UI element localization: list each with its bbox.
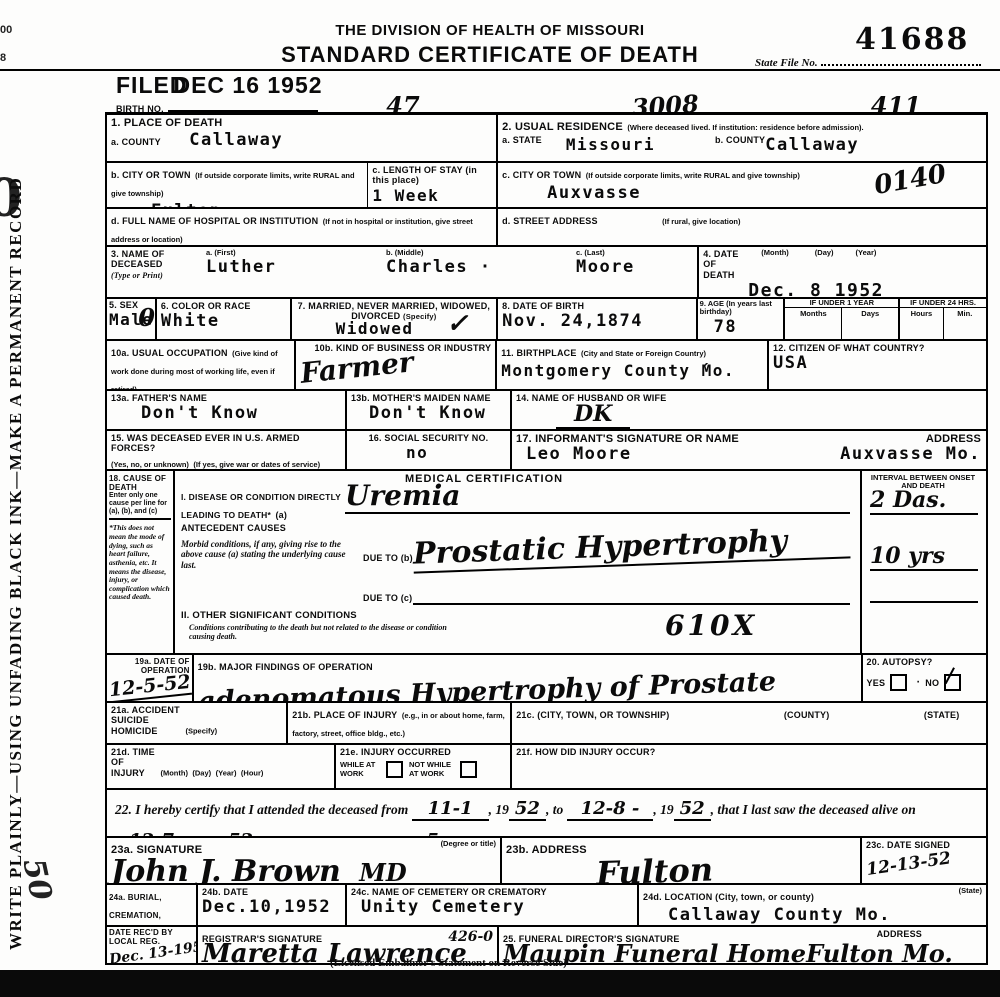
field-occupation: 10a. USUAL OCCUPATION (Give kind of work…: [107, 341, 296, 389]
attended-from-year: 52: [509, 798, 546, 821]
residence-county-value: Callaway: [765, 135, 859, 155]
age-value: 78: [714, 317, 782, 337]
death-certificate: 00 8 0 WRITE PLAINLY—USING UNFADING BLAC…: [0, 0, 1000, 997]
date-of-operation-value: 12-5-52: [108, 671, 192, 701]
field-injury-occurred: 21e. INJURY OCCURRED WHILE AT WORK NOT W…: [336, 745, 512, 788]
reverse-side-note: (Licensed Embalmer's Statement on Revers…: [330, 957, 567, 969]
cemetery-location-value: Callaway County Mo.: [668, 905, 982, 925]
marital-mark: ✓: [446, 309, 468, 339]
field-cemetery-name: 24c. NAME OF CEMETERY OR CREMATORY Unity…: [347, 885, 639, 925]
field-place-of-death-county: 1. PLACE OF DEATH a. COUNTY Callaway: [107, 115, 498, 161]
attended-to-year: 52: [674, 798, 711, 821]
field-interval-onset-death: INTERVAL BETWEEN ONSET AND DEATH 2 Das. …: [862, 471, 986, 653]
birthplace-value: Montgomery County ́Mo.: [501, 361, 763, 380]
place-of-death-heading: 1. PLACE OF DEATH: [111, 117, 492, 130]
field-burial-type: 24a. BURIAL, CREMATION, REMOVAL (Specify…: [107, 885, 198, 925]
certificate-form: 1. PLACE OF DEATH a. COUNTY Callaway 2. …: [105, 112, 988, 965]
field-sex: 5. SEX Male 0: [107, 299, 157, 339]
edge-fragment-top: 00: [0, 24, 12, 36]
field-medical-certification: MEDICAL CERTIFICATION I. DISEASE OR COND…: [175, 471, 862, 653]
field-spouse-name: 14. NAME OF HUSBAND OR WIFE DK: [512, 391, 985, 429]
physician-degree-value: MD: [359, 858, 406, 883]
field-date-of-birth: 8. DATE OF BIRTH Nov. 24,1874: [498, 299, 698, 339]
other-conditions-value: 610X: [665, 609, 757, 642]
field-race: 6. COLOR OR RACE White: [157, 299, 292, 339]
usual-residence-heading: 2. USUAL RESIDENCE: [502, 121, 623, 133]
physician-signature-value: John J. Brown: [111, 854, 341, 883]
field-marital-status: 7. MARRIED, NEVER MARRIED, WIDOWED, DIVO…: [292, 299, 499, 339]
antecedent-causes-label: ANTECEDENT CAUSES: [181, 523, 286, 533]
header-divider-line: [0, 69, 1000, 71]
state-file-label: State File No.: [755, 57, 818, 69]
field-burial-date: 24b. DATE Dec.10,1952: [198, 885, 347, 925]
last-name-value: Moore: [576, 257, 635, 277]
margin-instruction-text: WRITE PLAINLY—USING UNFADING BLACK INK—M…: [6, 118, 26, 950]
filed-stamp: FILEDDEC 16 1952: [116, 72, 323, 99]
interval-b-value: 10 yrs: [870, 543, 978, 571]
date-of-death-value: Dec. 8 1952: [748, 280, 982, 297]
field-major-findings: 19b. MAJOR FINDINGS OF OPERATION adenoma…: [194, 655, 863, 701]
field-date-of-operation: 19a. DATE OF OPERATION 12-5-52: [107, 655, 194, 701]
ssn-value: no: [406, 443, 506, 462]
field-age-under-1-year: IF UNDER 1 YEAR Months Days: [785, 299, 900, 339]
residence-state-value: Missouri: [566, 135, 655, 155]
last-seen-alive-year: 52: [222, 830, 259, 837]
field-how-injury-occurred: 21f. HOW DID INJURY OCCUR?: [512, 745, 986, 788]
field-accident-suicide-homicide: 21a. ACCIDENT SUICIDE HOMICIDE (Specify): [107, 703, 288, 743]
field-ssn: 16. SOCIAL SECURITY NO. no: [347, 431, 512, 469]
edge-fragment-top2: 8: [0, 52, 6, 64]
field-date-received: DATE REC'D BY LOCAL REG. Dec. 13-1952: [107, 927, 198, 963]
field-father-name: 13a. FATHER'S NAME Don't Know: [107, 391, 347, 429]
filed-stamp-date: DEC 16 1952: [173, 72, 322, 98]
issuer-title: THE DIVISION OF HEALTH OF MISSOURI: [255, 22, 725, 39]
field-street-address: d. STREET ADDRESS (If rural, give locati…: [498, 209, 986, 245]
cause-a-value: Uremia: [345, 479, 850, 514]
autopsy-yes-checkbox: [890, 674, 907, 691]
field-residence-city: c. CITY OR TOWN (If outside corporate li…: [498, 163, 986, 207]
field-certification-statement: 22. I hereby certify that I attended the…: [107, 790, 986, 836]
mother-name-value: Don't Know: [369, 403, 506, 423]
field-business: 10b. KIND OF BUSINESS OR INDUSTRY Farmer: [296, 341, 497, 389]
field-citizenship: 12. CITIZEN OF WHAT COUNTRY? USA: [769, 341, 986, 389]
county-value: Callaway: [189, 130, 283, 150]
document-title: STANDARD CERTIFICATE OF DEATH: [240, 42, 740, 68]
field-mother-name: 13b. MOTHER'S MAIDEN NAME Don't Know: [347, 391, 512, 429]
field-armed-forces: 15. WAS DECEASED EVER IN U.S. ARMED FORC…: [107, 431, 347, 469]
field-usual-residence: 2. USUAL RESIDENCE (Where deceased lived…: [498, 115, 986, 161]
city-of-death-value: Fulton: [151, 201, 363, 207]
field-date-signed: 23c. DATE SIGNED 12-13-52: [862, 838, 986, 883]
field-hospital: d. FULL NAME OF HOSPITAL OR INSTITUTION …: [107, 209, 498, 245]
while-at-work-checkbox: [386, 761, 403, 778]
attended-to-value: 12-8 -: [567, 798, 654, 821]
time-of-death-value: 5 a: [416, 830, 466, 837]
margin-scribble: 50: [15, 855, 58, 903]
last-seen-alive-value: 12-7 -: [115, 830, 202, 837]
burial-date-value: Dec.10,1952: [202, 897, 341, 917]
autopsy-no-checkbox: [944, 674, 961, 691]
other-significant-conditions-label: II. OTHER SIGNIFICANT CONDITIONS: [181, 611, 357, 622]
citizenship-value: USA: [773, 353, 982, 373]
cause-b-value: Prostatic Hypertrophy: [412, 521, 850, 573]
funeral-address-value: Fulton Mo.: [806, 939, 953, 963]
informant-address-value: Auxvasse Mo.: [840, 444, 981, 464]
date-of-birth-value: Nov. 24,1874: [502, 311, 692, 331]
field-physician-address: 23b. ADDRESS Fulton: [502, 838, 862, 883]
middle-name-value: Charles ·: [386, 257, 576, 277]
field-length-of-stay: c. LENGTH OF STAY (in this place) 1 Week: [368, 163, 498, 207]
race-value: White: [161, 311, 286, 331]
field-birthplace: 11. BIRTHPLACE (City and State or Foreig…: [497, 341, 769, 389]
cause-c-blank: [413, 589, 850, 605]
field-time-of-injury: 21d. TIME OF INJURY (Month) (Day) (Year)…: [107, 745, 336, 788]
state-file-blank: [821, 52, 981, 66]
field-city-of-death: b. CITY OR TOWN (If outside corporate li…: [107, 163, 368, 207]
attended-from-value: 11-1: [412, 798, 489, 821]
field-autopsy: 20. AUTOPSY? YES · NO: [863, 655, 986, 701]
field-injury-location: 21c. (CITY, TOWN, OR TOWNSHIP) (COUNTY) …: [512, 703, 986, 743]
field-funeral-director: 25. FUNERAL DIRECTOR'S SIGNATURE ADDRESS…: [499, 927, 986, 963]
field-cemetery-location: 24d. LOCATION (City, town, or county) (S…: [639, 885, 986, 925]
not-while-at-work-checkbox: [460, 761, 477, 778]
informant-name-value: Leo Moore: [526, 444, 632, 464]
length-of-stay-value: 1 Week: [372, 186, 492, 205]
physician-address-value: Fulton: [595, 845, 856, 883]
field-physician-signature: 23a. SIGNATURE (Degree or title) John J.…: [107, 838, 502, 883]
first-name-value: Luther: [206, 257, 386, 277]
scan-edge-bar: [0, 970, 1000, 997]
father-name-value: Don't Know: [141, 403, 341, 423]
field-name-of-deceased: 3. NAME OF DECEASED (Type or Print) a. (…: [107, 247, 699, 297]
field-age: 9. AGE (In years last birthday) 78: [698, 299, 786, 339]
interval-c-blank: [870, 589, 978, 603]
sex-mark: 0: [138, 303, 155, 332]
field-date-of-death: 4. DATE OF DEATH (Month) (Day) (Year) De…: [699, 247, 986, 297]
state-file-no: State File No.: [755, 52, 981, 69]
spouse-name-value: DK: [556, 401, 630, 429]
field-informant: 17. INFORMANT'S SIGNATURE OR NAME ADDRES…: [512, 431, 985, 469]
field-age-under-24-hrs: IF UNDER 24 HRS. Hours Min.: [900, 299, 986, 339]
field-place-of-injury: 21b. PLACE OF INJURY (e.g., in or about …: [288, 703, 512, 743]
cemetery-name-value: Unity Cemetery: [361, 897, 633, 917]
interval-a-value: 2 Das.: [870, 487, 978, 515]
field-cause-of-death-instructions: 18. CAUSE OF DEATH Enter only one cause …: [107, 471, 175, 653]
